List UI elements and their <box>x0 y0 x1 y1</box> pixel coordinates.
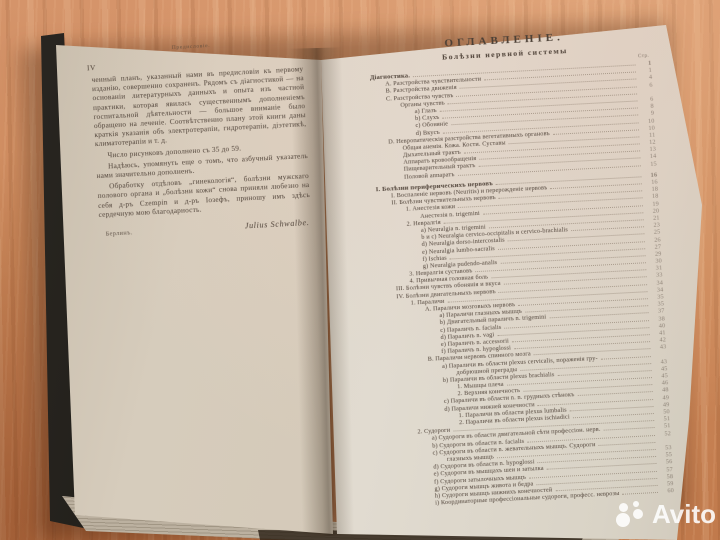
toc-entry-page-number <box>654 356 667 357</box>
watermark-label: Avito <box>652 499 716 530</box>
avito-logo-icon <box>614 501 648 529</box>
leader-dots <box>622 492 658 495</box>
photo-of-open-book: { "colors":{ "wood_base":"#cd8a5c","cove… <box>0 0 720 540</box>
toc-entry-page-number: 15 <box>644 160 657 168</box>
page-number: IV <box>87 63 96 72</box>
preface-paragraphs: ченный планъ, указанный нами въ предисло… <box>77 65 314 221</box>
toc-entry-page-number <box>640 93 653 94</box>
toc-entry-page-number: 6 <box>639 81 652 89</box>
toc-entry-label: Половой аппаратъ <box>404 171 455 181</box>
avito-watermark: Avito <box>614 499 716 530</box>
toc-entry-page-number: 52 <box>658 430 671 438</box>
toc-entry-page-number: 60 <box>661 487 674 495</box>
toc-entry-page-number <box>658 442 671 443</box>
toc-entry-page-number: 43 <box>653 344 666 352</box>
toc-block: ОГЛАВЛЕНІЕ. Болѣзни нервной системы Стр.… <box>358 27 674 510</box>
preface-paragraph: ченный планъ, указанный нами въ предисло… <box>91 65 307 150</box>
preface-text-block: Предисловіе. IV ченный планъ, указанный … <box>76 38 316 239</box>
toc-entries: Діагностика.1A. Разстройства чувствитель… <box>360 60 674 510</box>
signature-place: Берлинъ. <box>106 229 133 237</box>
